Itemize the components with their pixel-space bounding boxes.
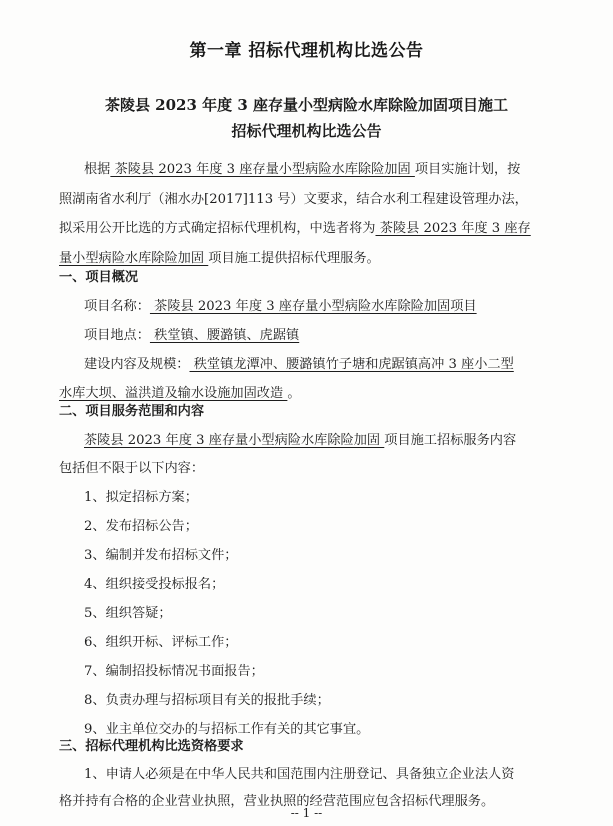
project-name-label: 项目名称： [84, 299, 150, 314]
service-project-name: 茶陵县 2023 年度 3 座存量小型病险水库除险加固 [84, 433, 384, 448]
punctuation: 。 [287, 386, 300, 401]
document-title: 茶陵县 2023 年度 3 座存量小型病险水库除险加固项目施工 招标代理机构比选… [0, 92, 613, 144]
project-scope-value: 秩堂镇龙潭冲、腰潞镇竹子塘和虎踞镇高冲 3 座小二型 [190, 357, 514, 372]
service-item: 5、组织答疑； [84, 602, 172, 621]
intro-line-2: 照湖南省水利厅（湘水办[2017]113 号）文要求，结合水利工程建设管理办法， [59, 188, 528, 207]
project-location-value: 秩堂镇、腰潞镇、虎踞镇 [150, 328, 299, 343]
section-2-intro-line-2: 包括但不限于以下内容： [59, 457, 204, 476]
intro-project-name: 茶陵县 2023 年度 3 座存 [376, 221, 531, 236]
intro-line-1: 根据 茶陵县 2023 年度 3 座存量小型病险水库除险加固 项目实施计划，按 [84, 158, 520, 177]
intro-project-name: 茶陵县 2023 年度 3 座存量小型病险水库除险加固 [110, 162, 414, 177]
project-scope-label: 建设内容及规模： [84, 357, 190, 372]
service-item: 1、拟定招标方案； [84, 486, 198, 505]
page-number: -- 1 -- [0, 806, 613, 820]
project-location-row: 项目地点： 秩堂镇、腰潞镇、虎踞镇 [84, 324, 299, 343]
section-2-intro-line-1: 茶陵县 2023 年度 3 座存量小型病险水库除险加固 项目施工招标服务内容 [84, 429, 516, 448]
intro-project-name: 量小型病险水库除险加固 [59, 251, 208, 266]
intro-text: 项目实施计划，按 [415, 162, 521, 177]
intro-text: 项目施工提供招标代理服务。 [208, 251, 379, 266]
intro-line-3: 拟采用公开比选的方式确定招标代理机构，中选者将为 茶陵县 2023 年度 3 座… [59, 217, 531, 236]
service-item: 4、组织接受投标报名； [84, 573, 224, 592]
service-item: 6、组织开标、评标工作； [84, 631, 237, 650]
section-3-heading: 三、招标代理机构比选资格要求 [59, 735, 244, 754]
document-title-line-1: 茶陵县 2023 年度 3 座存量小型病险水库除险加固项目施工 [0, 92, 613, 118]
project-scope-value: 水库大坝、溢洪道及输水设施加固改造 [59, 386, 287, 401]
service-intro-text: 项目施工招标服务内容 [384, 433, 516, 448]
project-name-row: 项目名称： 茶陵县 2023 年度 3 座存量小型病险水库除险加固项目 [84, 295, 477, 314]
document-page: 第一章 招标代理机构比选公告 茶陵县 2023 年度 3 座存量小型病险水库除险… [0, 0, 613, 826]
project-scope-row: 建设内容及规模： 秩堂镇龙潭冲、腰潞镇竹子塘和虎踞镇高冲 3 座小二型 [84, 353, 514, 372]
intro-text: 根据 [84, 162, 110, 177]
section-2-heading: 二、项目服务范围和内容 [59, 400, 204, 419]
qualification-para-line-1: 1、申请人必须是在中华人民共和国范围内注册登记、具备独立企业法人资 [84, 763, 514, 782]
project-name-value: 茶陵县 2023 年度 3 座存量小型病险水库除险加固项目 [150, 299, 477, 314]
document-title-line-2: 招标代理机构比选公告 [0, 118, 613, 144]
intro-text: 拟采用公开比选的方式确定招标代理机构，中选者将为 [59, 221, 376, 236]
intro-line-4: 量小型病险水库除险加固 项目施工提供招标代理服务。 [59, 247, 380, 266]
chapter-title: 第一章 招标代理机构比选公告 [0, 36, 613, 61]
section-1-heading: 一、项目概况 [59, 266, 138, 285]
service-item: 3、编制并发布招标文件； [84, 544, 237, 563]
service-item: 7、编制招投标情况书面报告； [84, 660, 264, 679]
service-item: 8、负责办理与招标项目有关的报批手续； [84, 689, 330, 708]
project-scope-row-2: 水库大坝、溢洪道及输水设施加固改造 。 [59, 382, 301, 401]
project-location-label: 项目地点： [84, 328, 150, 343]
service-item: 2、发布招标公告； [84, 515, 198, 534]
